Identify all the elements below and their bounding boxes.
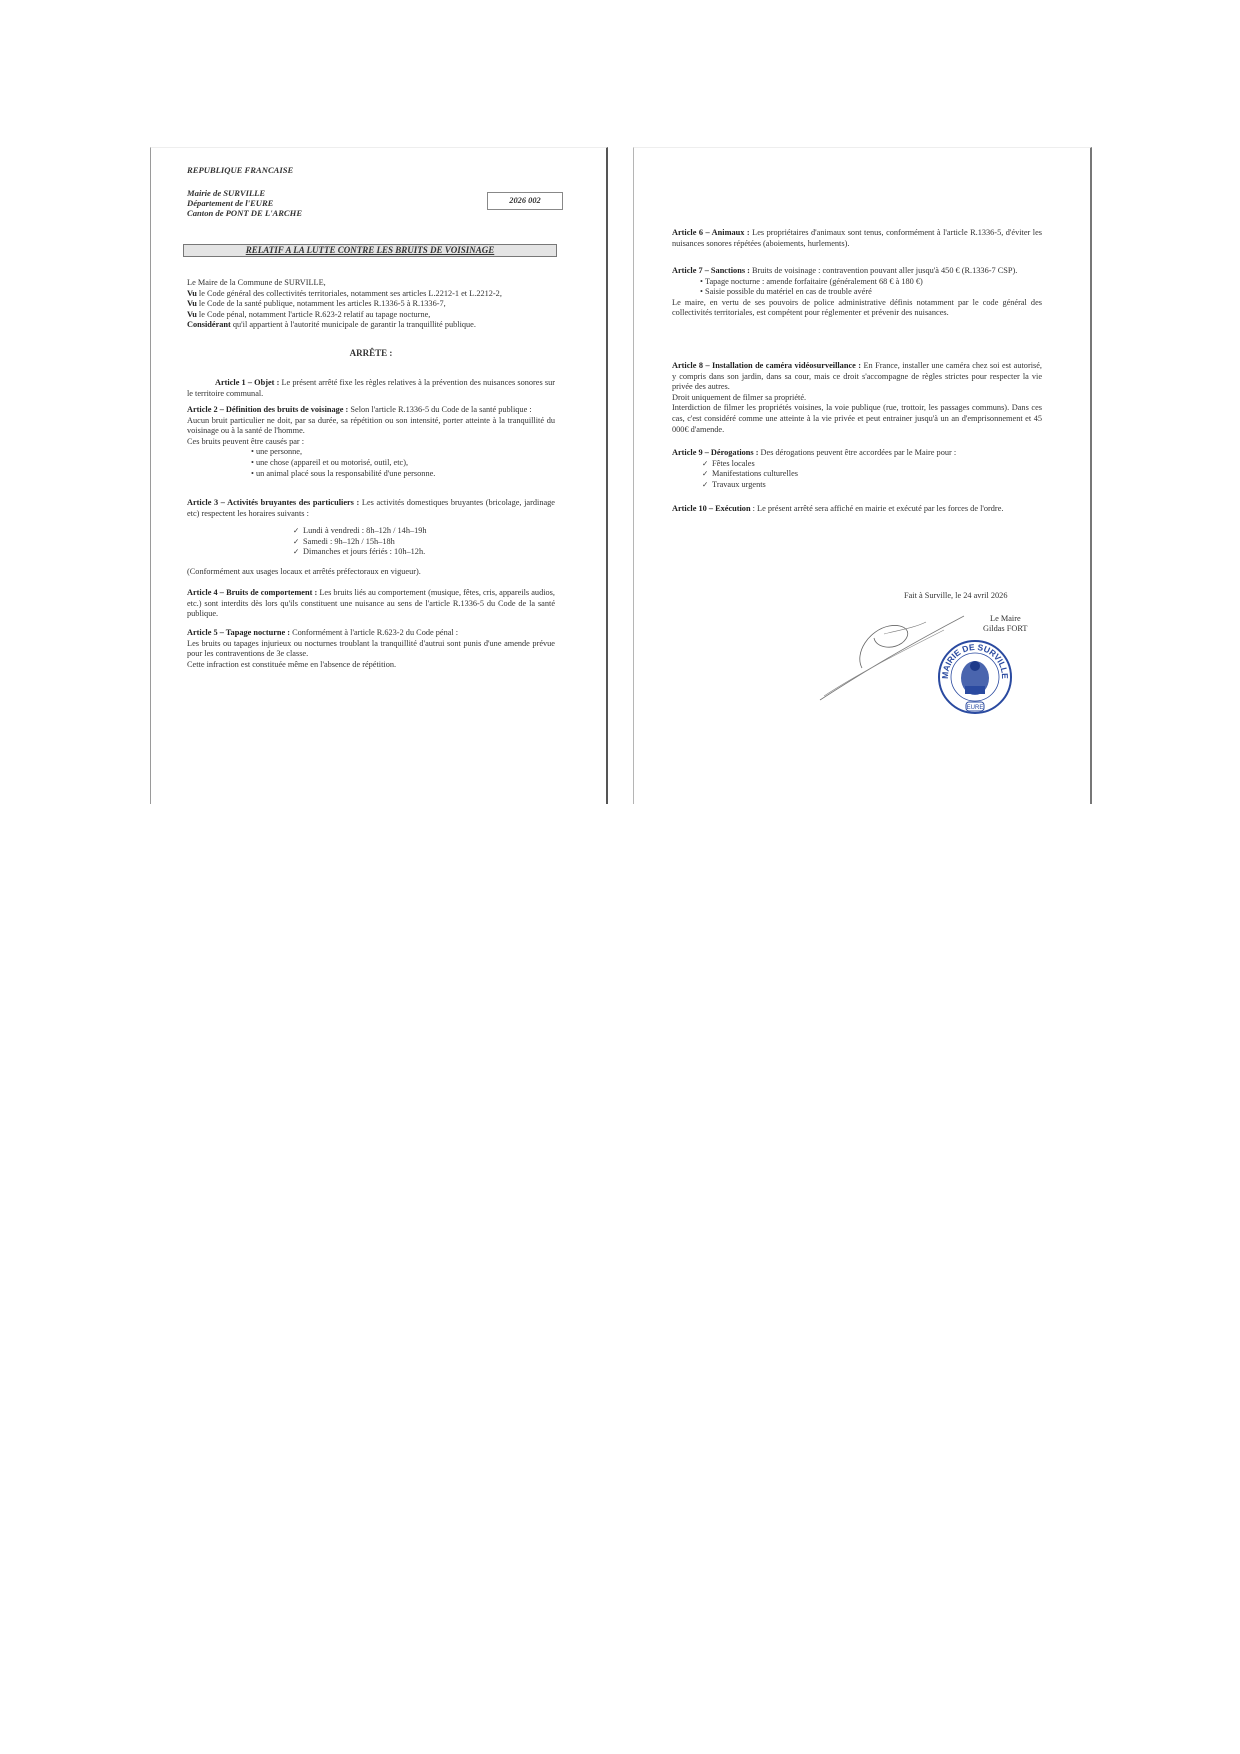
- list-item: Fêtes locales: [702, 459, 1042, 470]
- article-7: Article 7 – Sanctions : Bruits de voisin…: [672, 266, 1042, 319]
- svg-text:EURE: EURE: [967, 705, 984, 711]
- list-item: une chose (appareil et ou motorisé, outi…: [251, 458, 555, 469]
- arrete-heading: ARRÊTE :: [187, 348, 555, 359]
- article-3-note: (Conformément aux usages locaux et arrêt…: [187, 567, 555, 578]
- preamble-intro: Le Maire de la Commune de SURVILLE,: [187, 278, 555, 289]
- article-6: Article 6 – Animaux : Les propriétaires …: [672, 228, 1042, 249]
- schedule-weekdays: Lundi à vendredi : 8h–12h / 14h–19h: [293, 526, 555, 537]
- list-item: Travaux urgents: [702, 480, 1042, 491]
- noise-causes-list: une personne, une chose (appareil et ou …: [251, 447, 555, 479]
- canton-label: Canton de PONT DE L'ARCHE: [187, 208, 302, 219]
- mairie-label: Mairie de SURVILLE: [187, 188, 265, 199]
- article-8: Article 8 – Installation de caméra vidéo…: [672, 361, 1042, 435]
- sanctions-list: Tapage nocturne : amende forfaitaire (gé…: [700, 277, 1042, 298]
- list-item: une personne,: [251, 447, 555, 458]
- article-2: Article 2 – Définition des bruits de voi…: [187, 405, 555, 479]
- reference-number: 2026 002: [487, 192, 563, 210]
- preamble-vu-csp: Vu le Code de la santé publique, notamme…: [187, 299, 555, 310]
- schedule-list: Lundi à vendredi : 8h–12h / 14h–19h Same…: [293, 526, 555, 558]
- list-item: Manifestations culturelles: [702, 469, 1042, 480]
- article-1: Article 1 – Objet : Le présent arrêté fi…: [187, 378, 555, 399]
- article-4: Article 4 – Bruits de comportement : Les…: [187, 588, 555, 620]
- schedule-sunday: Dimanches et jours fériés : 10h–12h.: [293, 547, 555, 558]
- preamble-vu-cgct: Vu le Code général des collectivités ter…: [187, 289, 555, 300]
- document-page-left: REPUBLIQUE FRANCAISE Mairie de SURVILLE …: [150, 147, 608, 804]
- schedule-saturday: Samedi : 9h–12h / 15h–18h: [293, 537, 555, 548]
- article-10: Article 10 – Exécution : Le présent arrê…: [672, 504, 1042, 515]
- derogations-list: Fêtes locales Manifestations culturelles…: [702, 459, 1042, 491]
- republic-header: REPUBLIQUE FRANCAISE: [187, 165, 293, 176]
- article-5: Article 5 – Tapage nocturne : Conforméme…: [187, 628, 555, 670]
- mairie-stamp-icon: MAIRIE DE SURVILLE EURE: [936, 638, 1014, 716]
- departement-label: Département de l'EURE: [187, 198, 273, 209]
- preamble-considerant: Considérant qu'il appartient à l'autorit…: [187, 320, 555, 331]
- document-page-right: Article 6 – Animaux : Les propriétaires …: [633, 147, 1092, 804]
- list-item: Saisie possible du matériel en cas de tr…: [700, 287, 1042, 298]
- list-item: un animal placé sous la responsabilité d…: [251, 469, 555, 480]
- document-title: RELATIF A LA LUTTE CONTRE LES BRUITS DE …: [183, 244, 557, 257]
- place-date: Fait à Surville, le 24 avril 2026: [904, 591, 1007, 602]
- preamble: Le Maire de la Commune de SURVILLE, Vu l…: [187, 278, 555, 331]
- signatory-role: Le Maire: [990, 614, 1021, 625]
- article-3: Article 3 – Activités bruyantes des part…: [187, 498, 555, 578]
- article-9: Article 9 – Dérogations : Des dérogation…: [672, 448, 1042, 490]
- signatory-name: Gildas FORT: [983, 624, 1027, 635]
- preamble-vu-penal: Vu le Code pénal, notamment l'article R.…: [187, 310, 555, 321]
- list-item: Tapage nocturne : amende forfaitaire (gé…: [700, 277, 1042, 288]
